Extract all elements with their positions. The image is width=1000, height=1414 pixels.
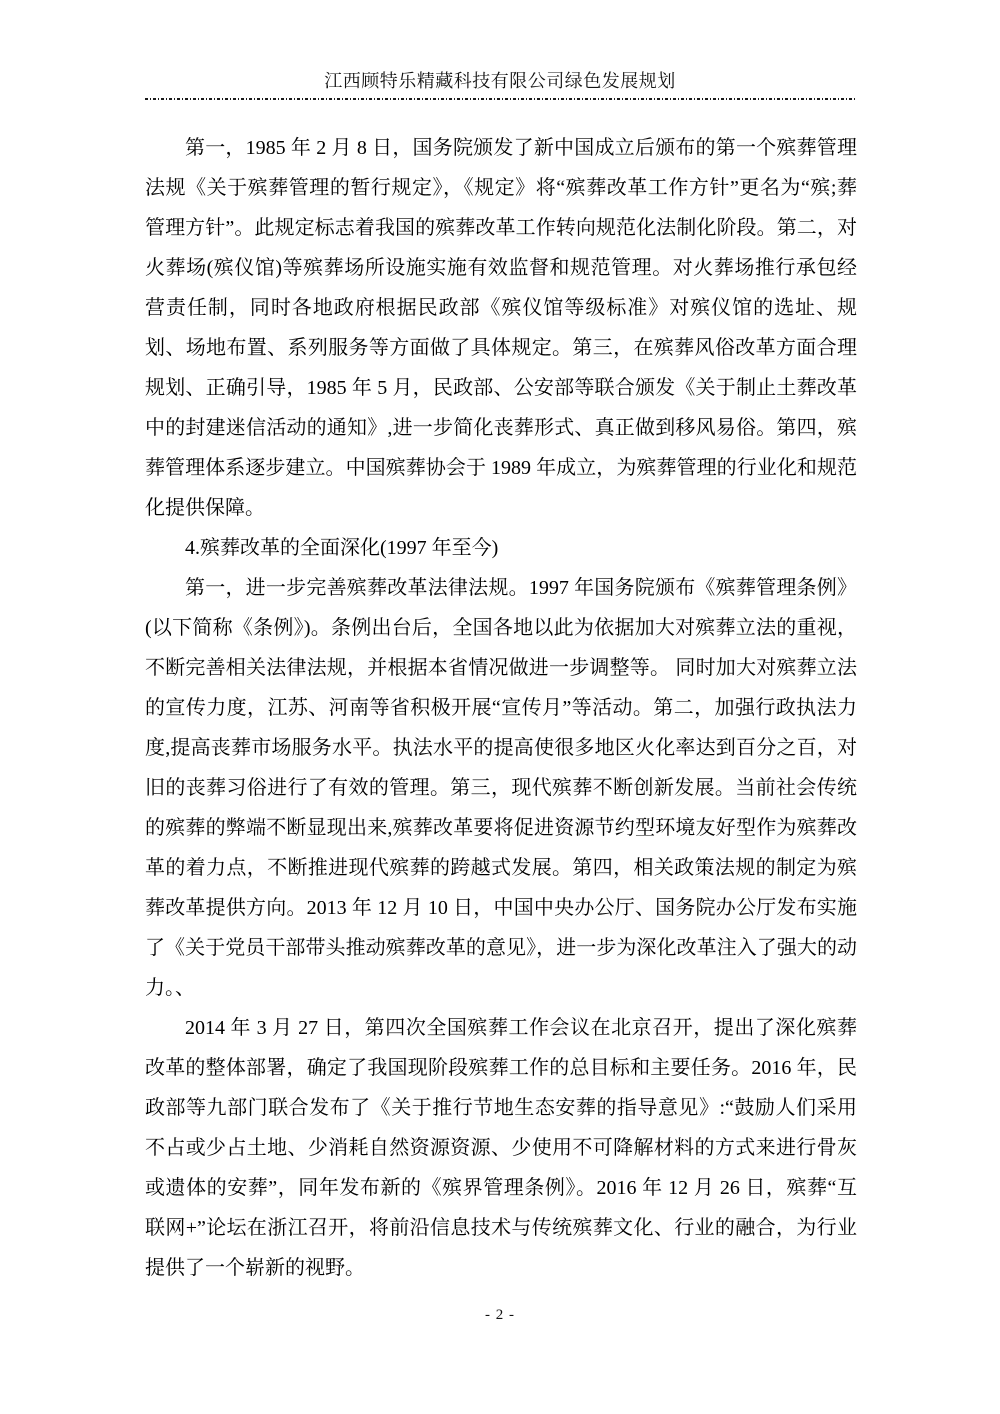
document-header: 江西顾特乐精藏科技有限公司绿色发展规划 <box>145 66 855 100</box>
section-heading: 4.殡葬改革的全面深化(1997 年至今) <box>145 528 857 568</box>
page-footer: - 2 - <box>0 1306 1000 1324</box>
header-title: 江西顾特乐精藏科技有限公司绿色发展规划 <box>145 66 855 96</box>
document-page: 江西顾特乐精藏科技有限公司绿色发展规划 第一，1985 年 2 月 8 日，国务… <box>0 0 1000 1414</box>
header-rule <box>145 98 855 100</box>
paragraph: 第一，1985 年 2 月 8 日，国务院颁发了新中国成立后颁布的第一个殡葬管理… <box>145 128 857 528</box>
paragraph: 第一，进一步完善殡葬改革法律法规。1997 年国务院颁布《殡葬管理条例》(以下简… <box>145 568 857 1008</box>
page-number: - 2 - <box>485 1307 515 1323</box>
paragraph: 2014 年 3 月 27 日，第四次全国殡葬工作会议在北京召开，提出了深化殡葬… <box>145 1008 857 1288</box>
document-body: 第一，1985 年 2 月 8 日，国务院颁发了新中国成立后颁布的第一个殡葬管理… <box>145 128 857 1288</box>
